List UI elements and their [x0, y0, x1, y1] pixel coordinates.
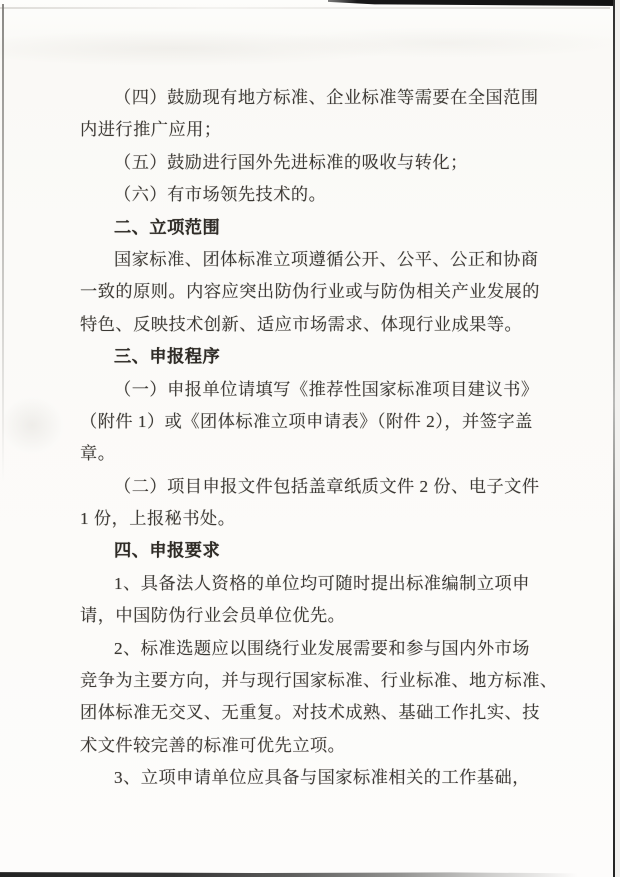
text-line: 特色、反映技术创新、适应市场需求、体现行业成果等。	[80, 309, 548, 341]
section-heading: 四、申报要求	[80, 535, 548, 567]
scan-noise-left	[0, 380, 80, 470]
scan-edge-left	[2, 4, 4, 482]
text-line: （附件 1）或《团体标准立项申请表》（附件 2），并签字盖	[80, 406, 548, 438]
text-line: （六）有市场领先技术的。	[80, 179, 548, 211]
text-line: 1 份，上报秘书处。	[80, 503, 548, 535]
text-line: 团体标准无交叉、无重复。对技术成熟、基础工作扎实、技	[80, 697, 548, 729]
scan-edge-right-margin	[615, 0, 620, 877]
section-heading: 二、立项范围	[80, 212, 548, 244]
scan-noise-top	[0, 18, 620, 73]
text-line: 3、立项申请单位应具备与国家标准相关的工作基础，	[80, 762, 548, 794]
section-heading: 三、申报程序	[80, 341, 548, 373]
text-line: 竞争为主要方向，并与现行国家标准、行业标准、地方标准、	[80, 665, 548, 697]
document-text: （四）鼓励现有地方标准、企业标准等需要在全国范围 内进行推广应用； （五）鼓励进…	[80, 82, 548, 795]
text-line: 请，中国防伪行业会员单位优先。	[80, 600, 548, 632]
text-line: （一）申报单位请填写《推荐性国家标准项目建议书》	[80, 374, 548, 406]
text-line: （四）鼓励现有地方标准、企业标准等需要在全国范围	[80, 82, 548, 114]
scan-edge-right	[613, 0, 615, 877]
paper-top-edge	[0, 7, 610, 9]
text-line: 内进行推广应用；	[80, 114, 548, 146]
text-line: （五）鼓励进行国外先进标准的吸收与转化；	[80, 147, 548, 179]
scanned-document-page: （四）鼓励现有地方标准、企业标准等需要在全国范围 内进行推广应用； （五）鼓励进…	[0, 0, 620, 877]
text-line: （二）项目申报文件包括盖章纸质文件 2 份、电子文件	[80, 471, 548, 503]
text-line: 国家标准、团体标准立项遵循公开、公平、公正和协商	[80, 244, 548, 276]
text-line: 一致的原则。内容应突出防伪行业或与防伪相关产业发展的	[80, 276, 548, 308]
text-line: 章。	[80, 438, 548, 470]
text-line: 2、标准选题应以围绕行业发展需要和参与国内外市场	[80, 633, 548, 665]
text-line: 术文件较完善的标准可优先立项。	[80, 730, 548, 762]
text-line: 1、具备法人资格的单位均可随时提出标准编制立项申	[80, 568, 548, 600]
